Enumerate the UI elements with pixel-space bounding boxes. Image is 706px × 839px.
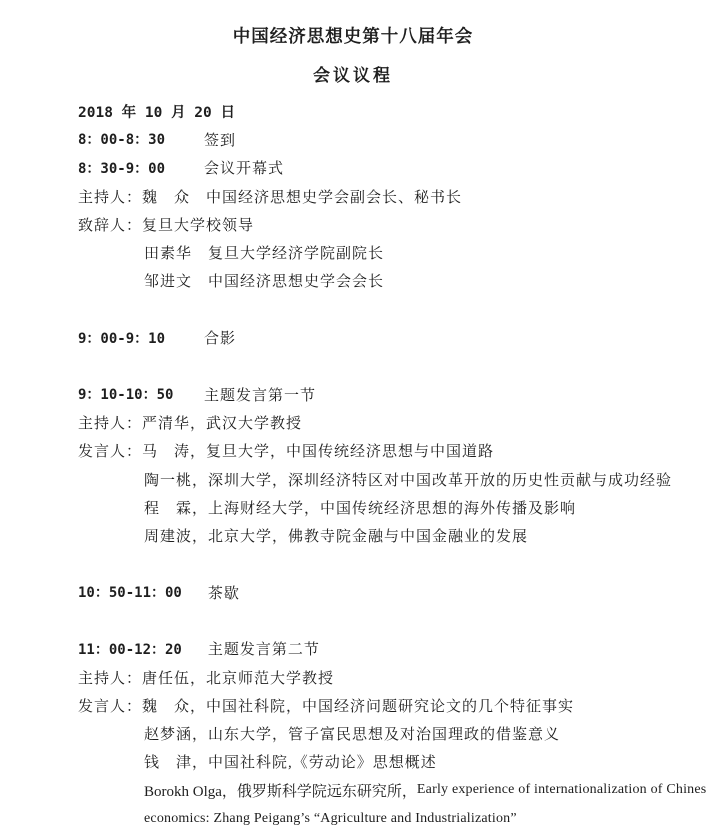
role-label: 主持人： [78,412,142,433]
line-text: 邹进文 中国经济思想史学会会长 [144,270,384,291]
agenda-time-row: 11：00-12：20主题发言第二节 [78,635,686,663]
role-label: 发言人： [78,440,142,461]
agenda-time-row: 10：50-11：00茶歇 [78,578,686,606]
line-text: 魏 众，中国社科院，中国经济问题研究论文的几个特征事实 [142,695,574,716]
activity-label: 茶歇 [208,582,240,603]
agenda-detail-row: 邹进文 中国经济思想史学会会长 [78,267,686,295]
blank-line [78,295,686,323]
line-text: 马 涛，复旦大学，中国传统经济思想与中国道路 [142,440,494,461]
activity-label: 签到 [204,129,236,150]
agenda-role-row: 发言人：马 涛，复旦大学，中国传统经济思想与中国道路 [78,437,686,465]
agenda-detail-row: Borokh Olga，俄罗斯科学院远东研究所，Early experience… [78,776,686,804]
agenda-role-row: 主持人：唐任伍，北京师范大学教授 [78,663,686,691]
line-text: 钱 津，中国社科院,《劳动论》思想概述 [144,751,437,772]
role-label: 发言人： [78,695,142,716]
agenda-detail-row: 陶一桃，深圳大学，深圳经济特区对中国改革开放的历史性贡献与成功经验 [78,465,686,493]
agenda-role-row: 发言人：魏 众，中国社科院，中国经济问题研究论文的几个特征事实 [78,691,686,719]
blank-line [78,550,686,578]
agenda-content: 2018 年 10 月 20 日 8：00-8：30签到8：30-9：00会议开… [0,97,706,833]
page-subtitle: 会议议程 [0,66,706,86]
line-text: 程 霖，上海财经大学，中国传统经济思想的海外传播及影响 [144,497,576,518]
time-range: 8：00-8：30 [78,129,178,149]
line-text: 复旦大学校领导 [142,214,254,235]
role-label: 主持人： [78,667,142,688]
line-text: 赵梦涵，山东大学，管子富民思想及对治国理政的借鉴意义 [144,723,560,744]
time-range: 10：50-11：00 [78,582,182,602]
agenda-role-row: 主持人：魏 众 中国经济思想史学会副会长、秘书长 [78,182,686,210]
agenda-detail-row: 周建波，北京大学，佛教寺院金融与中国金融业的发展 [78,521,686,549]
agenda-time-row: 9：00-9：10合影 [78,323,686,351]
time-range: 9：10-10：50 [78,384,178,404]
blank-line [78,606,686,634]
agenda-detail-row: 田素华 复旦大学经济学院副院长 [78,238,686,266]
time-range: 11：00-12：20 [78,639,182,659]
date-line: 2018 年 10 月 20 日 [78,97,686,125]
agenda-detail-row: 钱 津，中国社科院,《劳动论》思想概述 [78,748,686,776]
line-text: 严清华，武汉大学教授 [142,412,302,433]
activity-label: 主题发言第一节 [204,384,316,405]
agenda-detail-row: economics: Zhang Peigang’s “Agriculture … [78,804,686,832]
line-text: 魏 众 中国经济思想史学会副会长、秘书长 [142,186,462,207]
role-label: 致辞人： [78,214,142,235]
agenda-detail-row: 程 霖，上海财经大学，中国传统经济思想的海外传播及影响 [78,493,686,521]
activity-label: 合影 [204,327,236,348]
blank-line [78,352,686,380]
agenda-lines: 8：00-8：30签到8：30-9：00会议开幕式主持人：魏 众 中国经济思想史… [78,125,686,832]
time-range: 8：30-9：00 [78,158,178,178]
agenda-time-row: 8：30-9：00会议开幕式 [78,154,686,182]
document-page: 中国经济思想史第十八届年会 会议议程 2018 年 10 月 20 日 8：00… [0,0,706,839]
line-text: 陶一桃，深圳大学，深圳经济特区对中国改革开放的历史性贡献与成功经验 [144,469,672,490]
line-text-latin: Early experience of internationalization… [417,782,706,798]
role-label: 主持人： [78,186,142,207]
agenda-role-row: 主持人：严清华，武汉大学教授 [78,408,686,436]
line-text: 唐任伍，北京师范大学教授 [142,667,334,688]
time-range: 9：00-9：10 [78,328,178,348]
page-title: 中国经济思想史第十八届年会 [0,0,706,47]
agenda-detail-row: 赵梦涵，山东大学，管子富民思想及对治国理政的借鉴意义 [78,720,686,748]
line-text: Borokh Olga，俄罗斯科学院远东研究所， [144,780,417,801]
agenda-role-row: 致辞人：复旦大学校领导 [78,210,686,238]
line-text-latin: economics: Zhang Peigang’s “Agriculture … [144,811,517,827]
date-text: 2018 年 10 月 20 日 [78,101,235,122]
agenda-time-row: 8：00-8：30签到 [78,125,686,153]
activity-label: 会议开幕式 [204,157,284,178]
line-text: 田素华 复旦大学经济学院副院长 [144,242,384,263]
agenda-time-row: 9：10-10：50主题发言第一节 [78,380,686,408]
activity-label: 主题发言第二节 [208,638,320,659]
line-text: 周建波，北京大学，佛教寺院金融与中国金融业的发展 [144,525,528,546]
